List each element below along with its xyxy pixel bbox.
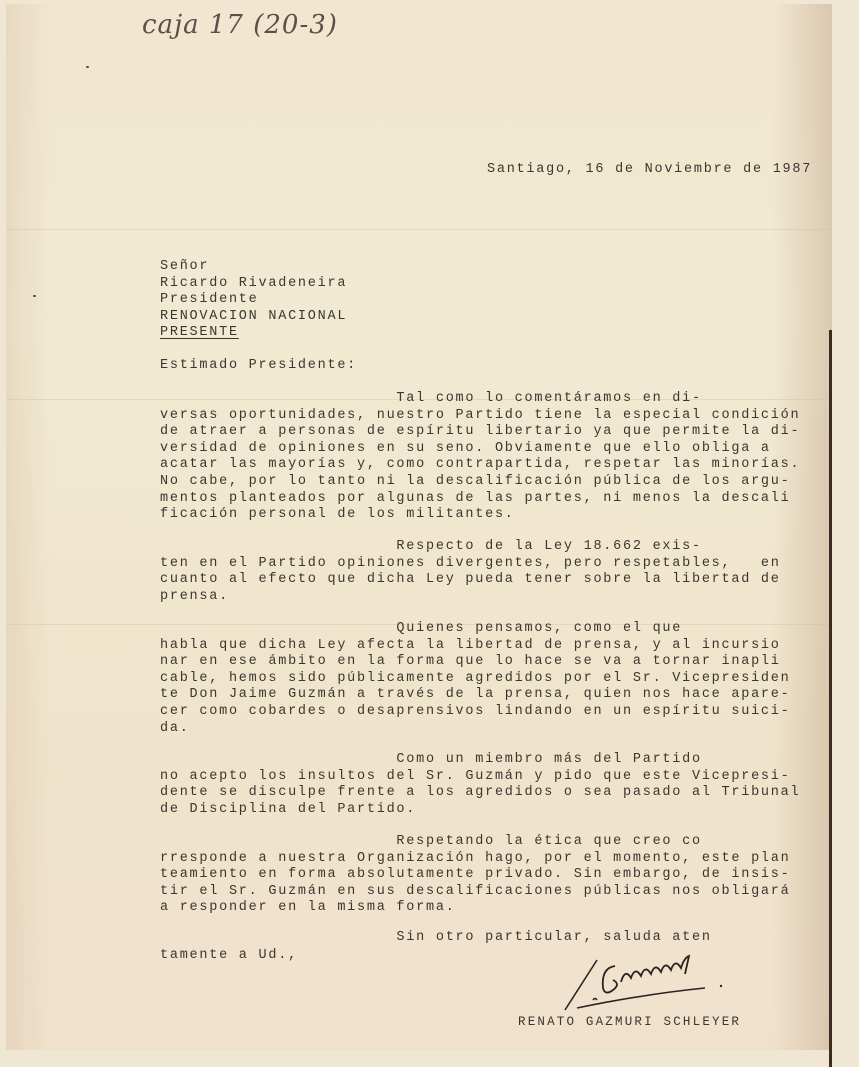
ink-speck (33, 295, 36, 297)
paragraph-line: te Don Jaime Guzmán a través de la prens… (160, 687, 790, 704)
archive-note: caja 17 (20-3) (142, 10, 338, 40)
paragraph-line: Como un miembro más del Partido (160, 752, 702, 769)
greeting: Estimado Presidente: (160, 358, 357, 375)
paragraph-line: habla que dicha Ley afecta la libertad d… (160, 638, 781, 655)
recipient-presente: PRESENTE (160, 325, 239, 342)
paragraph-line: a responder en la misma forma. (160, 900, 456, 917)
paragraph-line: No cabe, por lo tanto ni la descalificac… (160, 474, 790, 491)
paragraph-line: cable, hemos sido públicamente agredidos… (160, 671, 790, 688)
paragraph-line: Respetando la ética que creo co (160, 834, 702, 851)
paragraph-line: de Disciplina del Partido. (160, 802, 416, 819)
signer-name: RENATO GAZMURI SCHLEYER (518, 1014, 741, 1031)
paragraph-line: de atraer a personas de espíritu liberta… (160, 424, 800, 441)
ink-speck (86, 66, 89, 68)
paragraph-line: tir el Sr. Guzmán en sus descalificacion… (160, 884, 790, 901)
paragraph-line: versas oportunidades, nuestro Partido ti… (160, 408, 800, 425)
paragraph-line: rresponde a nuestra Organización hago, p… (160, 851, 790, 868)
fold-line (6, 229, 832, 230)
recipient-organization: RENOVACION NACIONAL (160, 309, 347, 326)
recipient-salutation: Señor (160, 259, 209, 276)
paragraph-line: cer como cobardes o desaprensivos lindan… (160, 704, 790, 721)
paragraph-line: no acepto los insultos del Sr. Guzmán y … (160, 769, 790, 786)
paragraph-line: cuanto al efecto que dicha Ley pueda ten… (160, 572, 781, 589)
paragraph-line: versidad de opiniones en su seno. Obviam… (160, 441, 771, 458)
signature-icon (555, 950, 735, 1020)
paragraph-line: prensa. (160, 589, 229, 606)
scan-background (832, 0, 859, 1067)
paragraph-line: Respecto de la Ley 18.662 exis- (160, 539, 702, 556)
paragraph-line: acatar las mayorías y, como contrapartid… (160, 457, 800, 474)
paragraph-line: teamiento en forma absolutamente privado… (160, 867, 790, 884)
recipient-name: Ricardo Rivadeneira (160, 276, 347, 293)
paragraph-line: da. (160, 721, 190, 738)
paragraph-line: Quienes pensamos, como el que (160, 621, 682, 638)
paragraph-line: nar en ese ámbito en la forma que lo hac… (160, 654, 781, 671)
closing-line-2: tamente a Ud., (160, 948, 298, 965)
closing-line-1: Sin otro particular, saluda aten (160, 930, 712, 947)
paragraph-line: mentos planteados por algunas de las par… (160, 491, 790, 508)
recipient-title: Presidente (160, 292, 259, 309)
paragraph-line: ten en el Partido opiniones divergentes,… (160, 556, 781, 573)
paragraph-line: ficación personal de los militantes. (160, 507, 515, 524)
paragraph-line: dente se disculpe frente a los agredidos… (160, 785, 800, 802)
scanned-letter: caja 17 (20-3) Santiago, 16 de Noviembre… (0, 0, 859, 1067)
place-date: Santiago, 16 de Noviembre de 1987 (487, 162, 812, 179)
paragraph-line: Tal como lo comentáramos en di- (160, 391, 702, 408)
